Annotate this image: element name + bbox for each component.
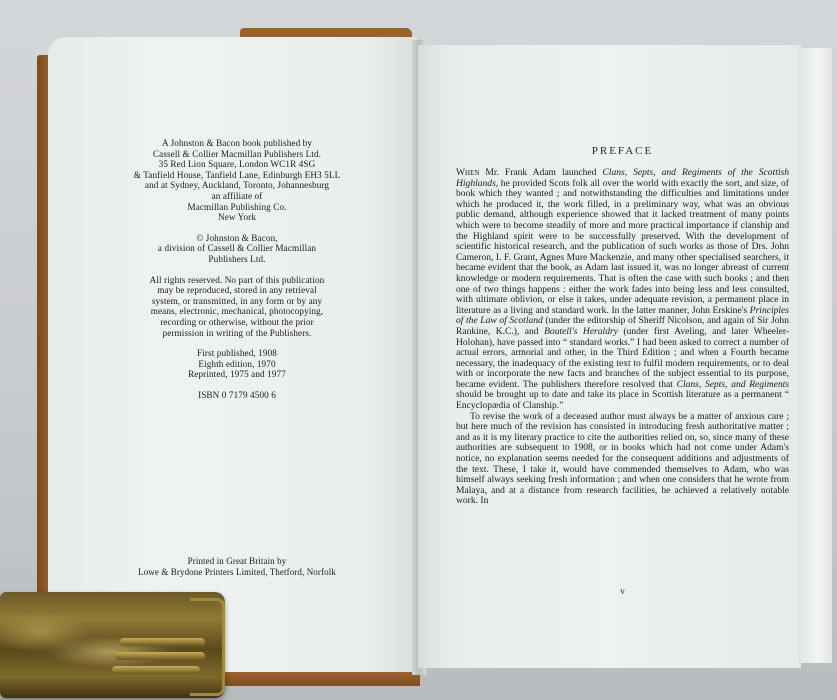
rights-line: permission in writing of the Publishers. xyxy=(62,328,412,339)
bookmark-finger xyxy=(112,666,200,674)
imprint-line: and at Sydney, Auckland, Toronto, Johann… xyxy=(62,180,412,191)
rights-line: may be reproduced, stored in any retriev… xyxy=(62,285,412,296)
isbn: ISBN 0 7179 4500 6 xyxy=(62,390,412,401)
imprint-block: A Johnston & Bacon book published by Cas… xyxy=(62,138,412,400)
preface-title: PREFACE xyxy=(456,145,789,157)
page-block-edge xyxy=(798,48,832,663)
dropcap-word: When xyxy=(456,167,479,178)
bookmark-finger xyxy=(120,638,205,646)
italic-title: Clans, Septs, and Regiments xyxy=(677,379,789,390)
imprint-line: & Tanfield House, Tanfield Lane, Edinbur… xyxy=(62,170,412,181)
edition-line: Reprinted, 1975 and 1977 xyxy=(62,369,412,380)
imprint-line: an affiliate of xyxy=(62,191,412,202)
rights-line: means, electronic, mechanical, photocopy… xyxy=(62,306,412,317)
printer-credit: Printed in Great Britain by Lowe & Brydo… xyxy=(62,556,412,577)
copyright-line: a division of Cassell & Collier Macmilla… xyxy=(62,243,412,254)
imprint-line: New York xyxy=(62,212,412,223)
preface-body: When Mr. Frank Adam launched Clans, Sept… xyxy=(456,168,789,507)
printer-line: Lowe & Brydone Printers Limited, Thetfor… xyxy=(62,567,412,578)
imprint-line: Cassell & Collier Macmillan Publishers L… xyxy=(62,149,412,160)
preface-paragraph: When Mr. Frank Adam launched Clans, Sept… xyxy=(456,168,789,412)
imprint-line: A Johnston & Bacon book published by xyxy=(62,138,412,149)
page-number: v xyxy=(456,586,789,596)
bookmark-finger xyxy=(115,652,205,660)
imprint-line: Macmillan Publishing Co. xyxy=(62,202,412,213)
rights-line: system, or transmitted, in any form or b… xyxy=(62,296,412,307)
copyright-line: © Johnston & Bacon, xyxy=(62,233,412,244)
bookmark-frame xyxy=(190,598,225,696)
imprint-line: 35 Red Lion Square, London WC1R 4SG xyxy=(62,159,412,170)
copyright-line: Publishers Ltd. xyxy=(62,254,412,265)
printer-line: Printed in Great Britain by xyxy=(62,556,412,567)
rights-line: All rights reserved. No part of this pub… xyxy=(62,275,412,286)
preface-paragraph: To revise the work of a deceased author … xyxy=(456,412,789,507)
edition-line: First published, 1908 xyxy=(62,348,412,359)
rights-line: recording or otherwise, without the prio… xyxy=(62,317,412,328)
edition-line: Eighth edition, 1970 xyxy=(62,359,412,370)
italic-title: Boutell's Heraldry xyxy=(544,326,618,337)
book-photo: A Johnston & Bacon book published by Cas… xyxy=(0,0,837,700)
